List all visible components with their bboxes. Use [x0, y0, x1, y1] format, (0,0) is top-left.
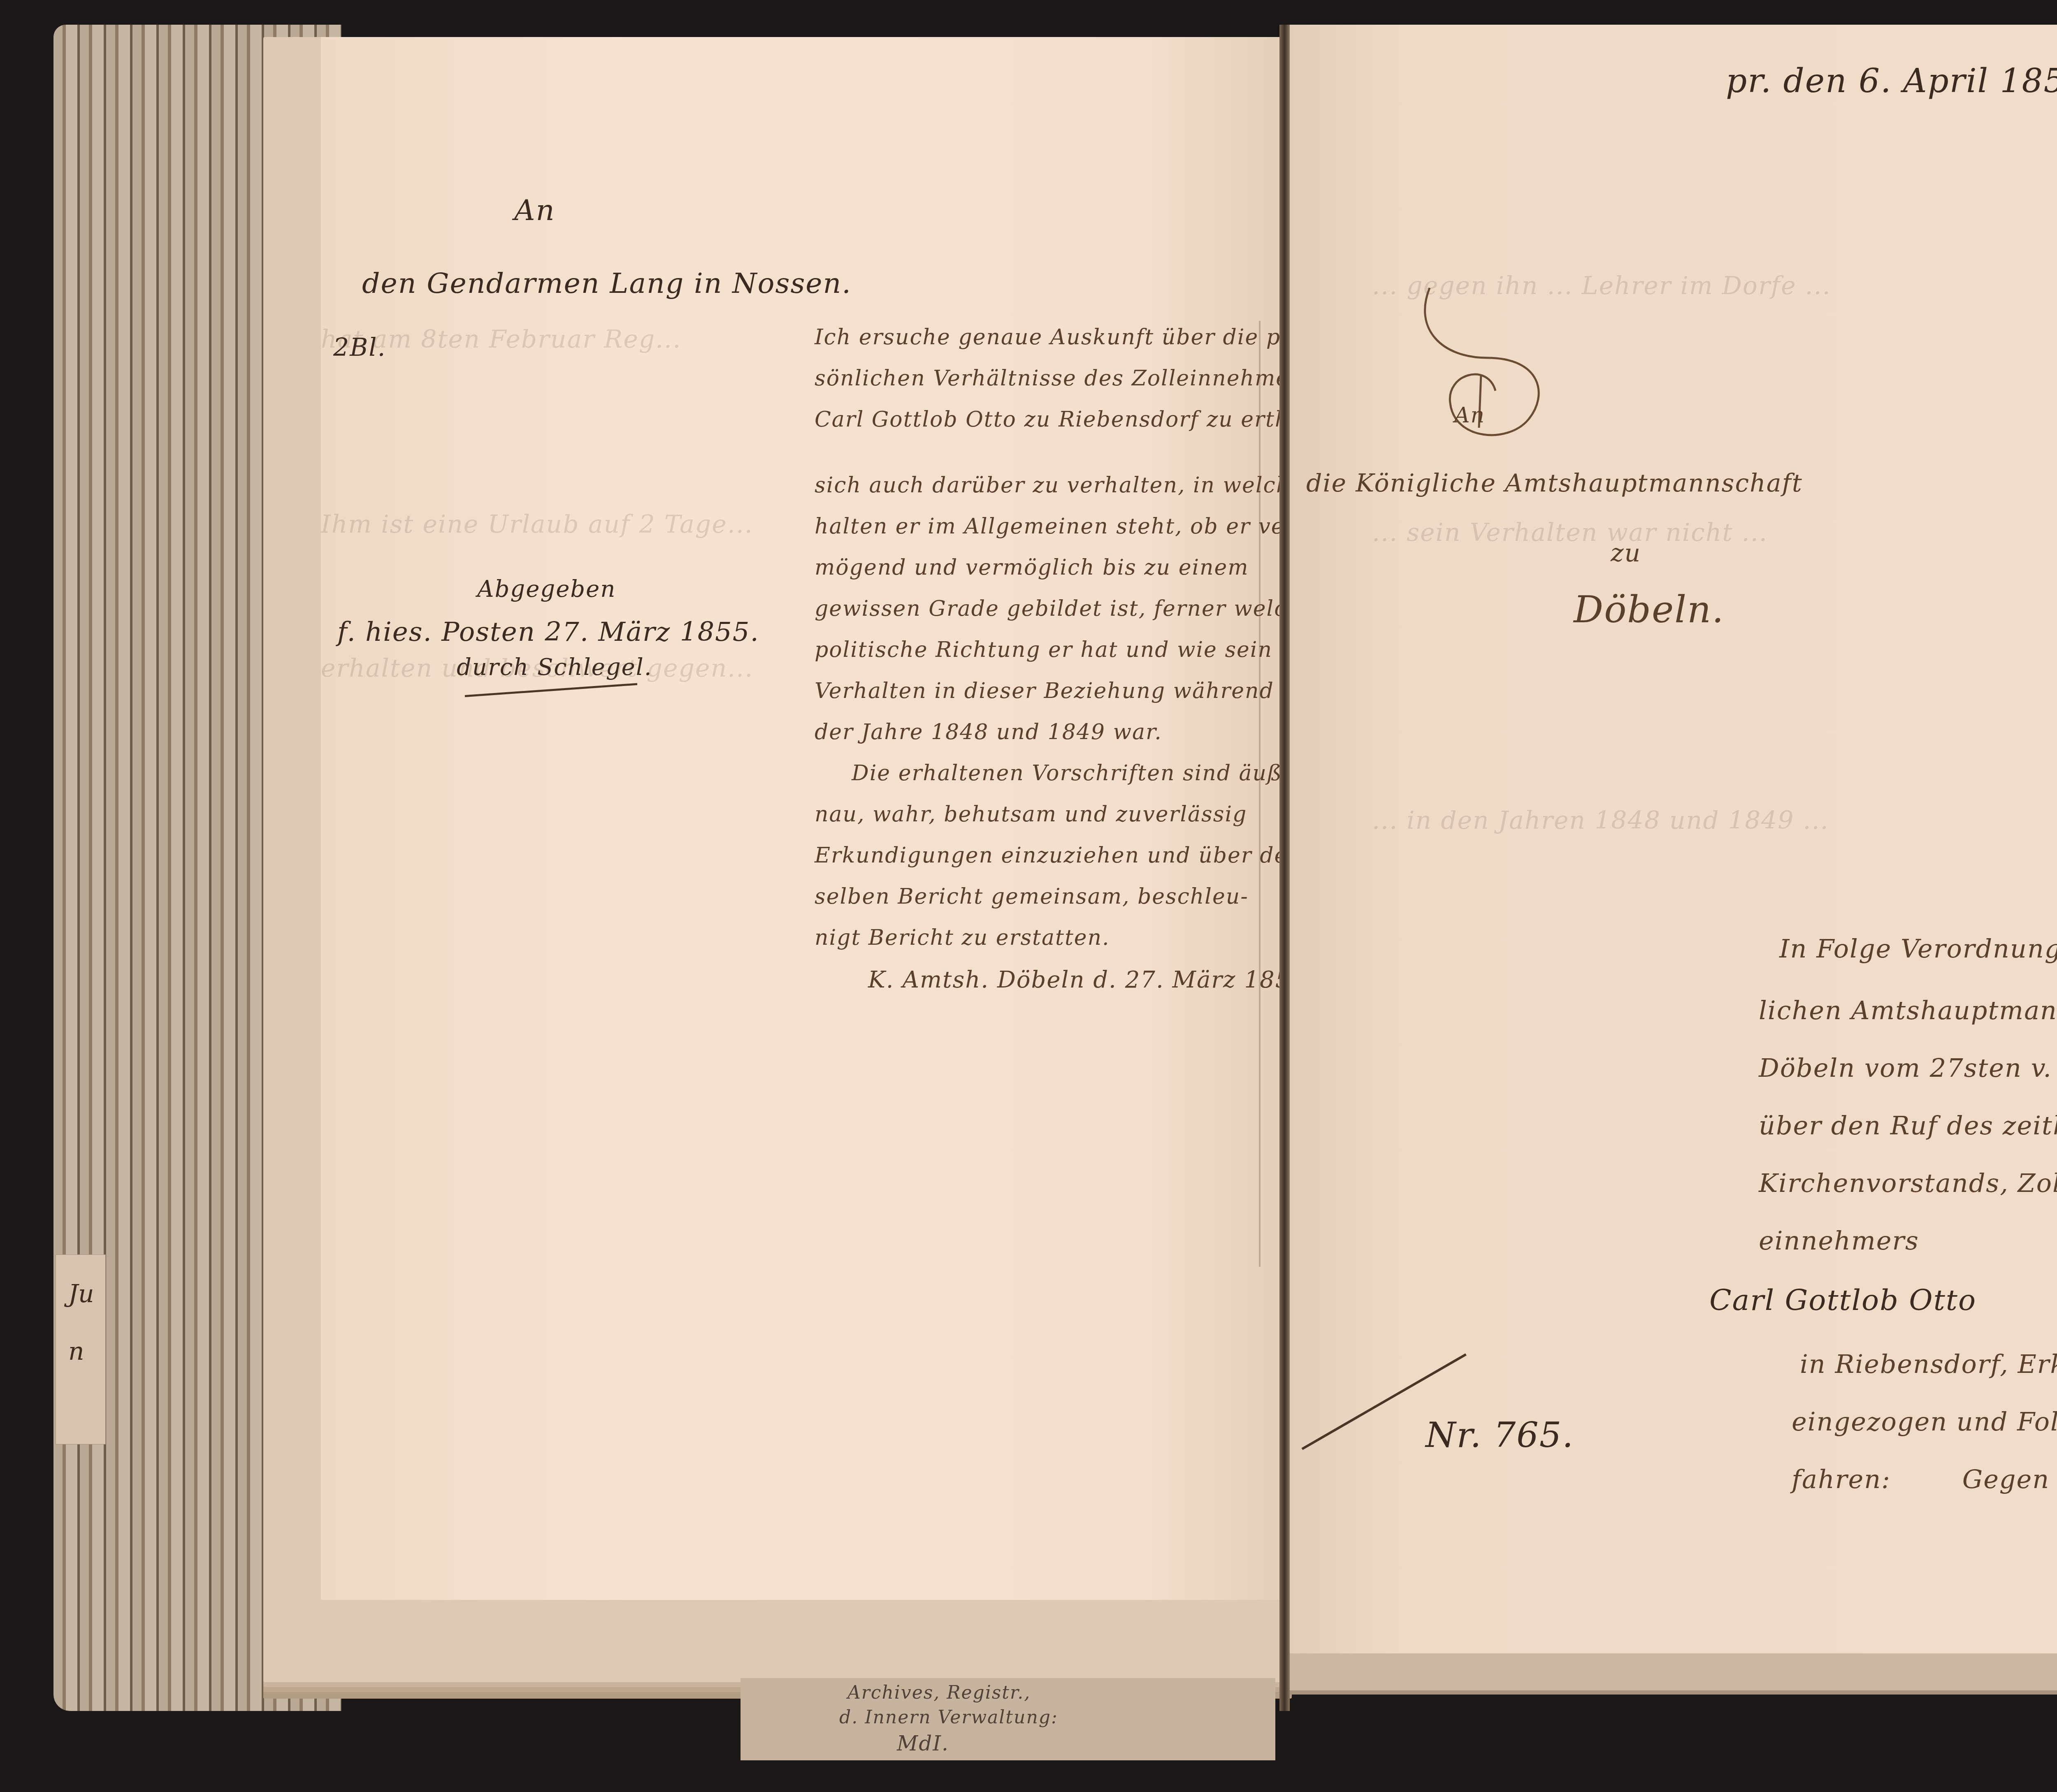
left-page: hat am 8ten Februar Reg... Ihm ist eine … [321, 37, 1279, 1600]
body-line: der Jahre 1848 und 1849 war. [815, 720, 1162, 744]
delivery-note-line1: Abgegeben [477, 576, 616, 603]
body-line: nigt Bericht zu erstatten. [815, 925, 1110, 950]
right-page: ... gegen ihn ... Lehrer im Dorfe ... ..… [1290, 25, 2057, 1653]
report-line: Döbeln vom 27sten v. Mts: habe ich [1759, 1053, 2057, 1083]
signature-flourish [465, 683, 637, 697]
body-line: Ich ersuche genaue Auskunft über die per… [815, 325, 1313, 350]
body-line: selben Bericht gemeinsam, beschleu- [815, 884, 1249, 909]
body-line: politische Richtung er hat und wie sein [815, 638, 1272, 662]
address-flourish-d-icon [1405, 280, 1586, 452]
body-line: Erkundigungen einzuziehen und über den- [815, 843, 1310, 868]
report-line: Kirchenvorstands, Zoll- [1759, 1168, 2057, 1198]
delivery-note-line3: durch Schlegel. [457, 654, 652, 681]
report-line: über den Ruf des zeitherigen [1759, 1110, 2057, 1141]
report-line: in Riebensdorf, Erkundigungen [1800, 1349, 2057, 1379]
body-line: Carl Gottlob Otto zu Riebensdorf zu erth… [815, 407, 1354, 432]
reference-number: Nr. 765. [1426, 1415, 1574, 1455]
bottom-archive-slip: Archives, Registr., d. Innern Verwaltung… [741, 1678, 1275, 1760]
address-zu: zu [1611, 539, 1641, 568]
marginal-mark: 2Bl. [333, 333, 386, 362]
body-line: gewissen Grade gebildet ist, ferner welc… [815, 596, 1315, 621]
dateline: K. Amtsh. Döbeln d. 27. März 1855. [868, 967, 1314, 993]
report-line: einnehmers [1759, 1226, 1919, 1256]
book-gutter [1279, 25, 1290, 1711]
address-recipient: den Gendarmen Lang in Nossen. [362, 267, 852, 300]
subject-name: Carl Gottlob Otto [1709, 1283, 1976, 1317]
report-line: In Folge Verordnung der König- [1779, 934, 2057, 964]
slip-line-1: Archives, Registr., [847, 1682, 1031, 1703]
body-line: sönlichen Verhältnisse des Zolleinnehmer… [815, 366, 1312, 391]
address-heading: An [1454, 403, 1485, 428]
report-line: lichen Amtshauptmannschaft zu [1759, 995, 2057, 1025]
address-place: Döbeln. [1574, 588, 1725, 631]
column-fold-line [1259, 321, 1261, 1267]
slip-line-2: d. Innern Verwaltung: [839, 1707, 1058, 1728]
body-line: halten er im Allgemeinen steht, ob er ve… [815, 514, 1304, 539]
report-line: fahren: Gegen denselben [1792, 1464, 2057, 1494]
slip-line-3: MdI. [897, 1732, 949, 1755]
body-line: mögend und vermöglich bis zu einem [815, 555, 1249, 580]
address-recipient: die Königliche Amtshauptmannschaft [1306, 469, 1803, 498]
body-line: Verhalten in dieser Beziehung während [815, 679, 1274, 703]
delivery-note-line2: f. hies. Posten 27. März 1855. [337, 617, 759, 647]
protruding-tab-note: Ju n [56, 1254, 106, 1444]
receipt-note: pr. den 6. April 1855. [1726, 62, 2057, 100]
report-line: eingezogen und Folgendes er- [1792, 1407, 2057, 1437]
address-heading: An [514, 193, 555, 227]
body-line: nau, wahr, behutsam und zuverlässig [815, 802, 1247, 827]
